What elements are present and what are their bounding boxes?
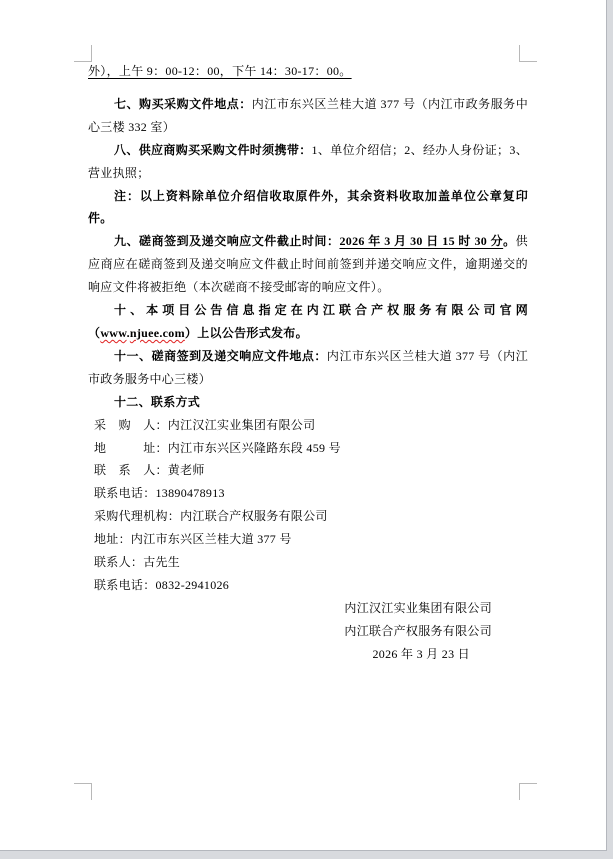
text-segment: 响应文件将被拒绝（本次磋商不接受邮寄的响应文件）。 <box>88 280 390 294</box>
text-segment: 地址：内江市东兴区兰桂大道 377 号 <box>94 532 292 546</box>
text-segment: 联 系 人：黄老师 <box>94 463 205 477</box>
app-window: 外），上午 9：00-12：00，下午 14：30-17：00。七、购买采购文件… <box>0 0 613 859</box>
text-segment: 营业执照； <box>88 166 150 180</box>
contact-agency-person: 联系人：古先生 <box>88 551 528 574</box>
contact-agency: 采购代理机构：内江联合产权服务有限公司 <box>88 505 528 528</box>
section-8-line-1: 八、供应商购买采购文件时须携带：1、单位介绍信；2、经办人身份证；3、 <box>88 139 528 162</box>
text-segment: 联系人：古先生 <box>94 555 180 569</box>
text-segment: 市政务服务中心三楼） <box>88 372 211 386</box>
document-content: 外），上午 9：00-12：00，下午 14：30-17：00。七、购买采购文件… <box>88 60 528 666</box>
text-segment: 九、磋商签到及递交响应文件截止时间： <box>114 234 339 248</box>
text-segment: 七、购买采购文件地点： <box>114 97 252 111</box>
text-segment: 心三楼 332 室） <box>88 120 175 134</box>
signature-company-2: 内江联合产权服务有限公司 <box>88 620 528 643</box>
signature-company-1: 内江汉江实业集团有限公司 <box>88 597 528 620</box>
section-12-heading: 十二、联系方式 <box>88 391 528 414</box>
section-7-line-1: 七、购买采购文件地点：内江市东兴区兰桂大道 377 号（内江市政务服务中 <box>88 93 528 116</box>
text-segment: 十、本项目公告信息指定在内江联合产权服务有限公司官网 <box>114 303 528 317</box>
section-8-line-2: 营业执照； <box>88 162 528 185</box>
section-11-line-1: 十一、磋商签到及递交响应文件地点：内江市东兴区兰桂大道 377 号（内江 <box>88 345 528 368</box>
text-segment: 联系电话：0832-2941026 <box>94 578 229 592</box>
text-segment: 十二、联系方式 <box>114 395 200 409</box>
document-page: 外），上午 9：00-12：00，下午 14：30-17：00。七、购买采购文件… <box>0 0 607 851</box>
text-segment: 内江市东兴区兰桂大道 377 号（内江 <box>327 349 528 363</box>
text-segment: 2026 年 3 月 23 日 <box>372 647 470 661</box>
text-segment: 采 购 人：内江汉江实业集团有限公司 <box>94 418 315 432</box>
office-hours-line: 外），上午 9：00-12：00，下午 14：30-17：00。 <box>88 60 528 83</box>
text-segment: 应商应在磋商签到及递交响应文件截止时间前签到并递交响应文件，逾期递交的 <box>88 257 528 271</box>
section-9-line-1: 九、磋商签到及递交响应文件截止时间：2026 年 3 月 30 日 15 时 3… <box>88 230 528 253</box>
text-segment: 外），上午 9：00-12：00，下午 14：30-17：00。 <box>88 64 352 78</box>
text-segment: 十一、磋商签到及递交响应文件地点： <box>114 349 327 363</box>
text-segment: 内江市东兴区兰桂大道 377 号（内江市政务服务中 <box>252 97 528 111</box>
section-10-line-2: （www.njuee.com）上以公告形式发布。 <box>88 322 528 345</box>
section-10-line-1: 十、本项目公告信息指定在内江联合产权服务有限公司官网 <box>88 299 528 322</box>
section-9-line-2: 应商应在磋商签到及递交响应文件截止时间前签到并递交响应文件，逾期递交的 <box>88 253 528 276</box>
text-segment: njuee.com <box>130 326 185 340</box>
text-segment: 内江汉江实业集团有限公司 <box>344 601 492 615</box>
text-segment: 2026 年 3 月 30 日 15 时 30 分 <box>339 234 503 248</box>
text-segment: www <box>100 326 126 340</box>
signature-date: 2026 年 3 月 23 日 <box>88 643 528 666</box>
text-segment: 内江联合产权服务有限公司 <box>344 624 492 638</box>
text-segment: 地 址：内江市东兴区兴隆路东段 459 号 <box>94 441 341 455</box>
note-line-1: 注：以上资料除单位介绍信收取原件外，其余资料收取加盖单位公章复印 <box>88 185 528 208</box>
contact-agency-address: 地址：内江市东兴区兰桂大道 377 号 <box>88 528 528 551</box>
text-segment: ）上以公告形式发布。 <box>185 326 308 340</box>
contact-agency-phone: 联系电话：0832-2941026 <box>88 574 528 597</box>
text-segment: 供 <box>516 234 528 248</box>
text-segment: 件。 <box>88 211 113 225</box>
section-7-line-2: 心三楼 332 室） <box>88 116 528 139</box>
contact-purchaser: 采 购 人：内江汉江实业集团有限公司 <box>88 414 528 437</box>
text-segment: 。 <box>503 234 516 248</box>
text-segment: 八、供应商购买采购文件时须携带： <box>114 143 312 157</box>
text-segment: 1、单位介绍信；2、经办人身份证；3、 <box>312 143 528 157</box>
text-segment: （ <box>88 326 100 340</box>
margin-mark-bottom-left <box>74 783 92 800</box>
margin-mark-bottom-right <box>519 783 537 800</box>
contact-purchaser-address: 地 址：内江市东兴区兴隆路东段 459 号 <box>88 437 528 460</box>
note-line-2: 件。 <box>88 207 528 230</box>
contact-purchaser-phone: 联系电话：13890478913 <box>88 482 528 505</box>
section-11-line-2: 市政务服务中心三楼） <box>88 368 528 391</box>
text-segment: 采购代理机构：内江联合产权服务有限公司 <box>94 509 328 523</box>
text-segment: 注：以上资料除单位介绍信收取原件外，其余资料收取加盖单位公章复印 <box>114 189 528 203</box>
contact-purchaser-person: 联 系 人：黄老师 <box>88 459 528 482</box>
section-9-line-3: 响应文件将被拒绝（本次磋商不接受邮寄的响应文件）。 <box>88 276 528 299</box>
text-segment: 联系电话：13890478913 <box>94 486 225 500</box>
